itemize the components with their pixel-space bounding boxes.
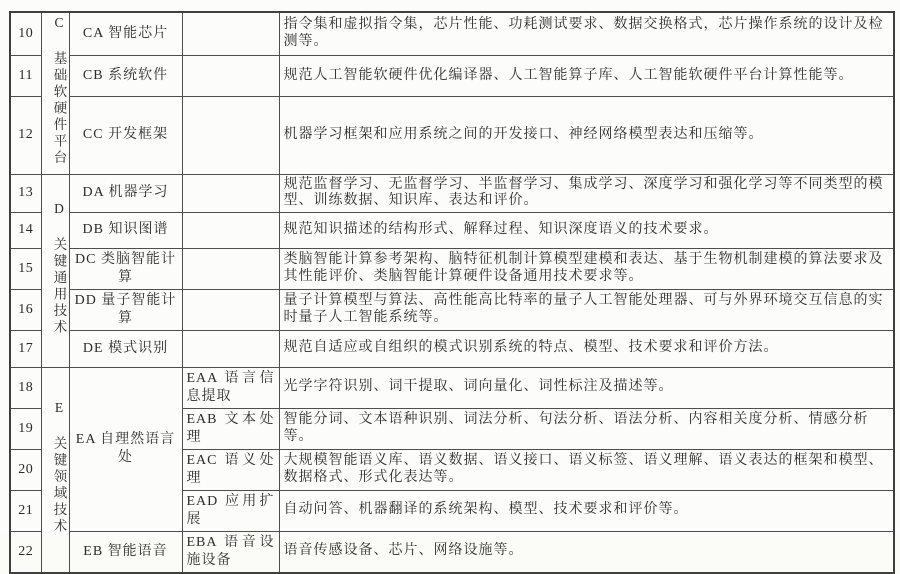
subsubcategory-cell-empty: [182, 289, 279, 330]
row-number: 13: [10, 174, 41, 212]
table-row: 11 CB 系统软件 规范人工智能软硬件优化编译器、人工智能算子库、人工智能软硬…: [10, 55, 894, 96]
classification-table: 10 C 基础软硬件平台 CA 智能芯片 指令集和虚拟指令集，芯片性能、功耗测试…: [9, 11, 895, 532]
table-row: 15 DC 类脑智能计算 类脑智能计算参考架构、脑特征机制计算模型建模和表达、基…: [10, 248, 894, 289]
description-cell: 机器学习框架和应用系统之间的开发接口、神经网络模型表达和压缩等。: [279, 97, 894, 174]
subcategory-cell: CB 系统软件: [69, 55, 182, 96]
description-cell: 规范自适应或自组织的模式识别系统的特点、模型、技术要求和评价方法。: [279, 330, 894, 367]
subsubcategory-cell-empty: [182, 248, 279, 289]
subsubcategory-cell-empty: [182, 97, 279, 174]
category-cell-c: C 基础软硬件平台: [41, 12, 69, 174]
category-label: E 关键领域技术: [46, 400, 70, 533]
row-number: 16: [10, 289, 41, 330]
row-number: 11: [10, 55, 41, 96]
table-row: 16 DD 量子智能计算 量子计算模型与算法、高性能高比特率的量子人工智能处理器…: [10, 289, 894, 330]
description-cell: 指令集和虚拟指令集，芯片性能、功耗测试要求、数据交换格式，芯片操作系统的设计及检…: [279, 12, 894, 55]
description-cell: 自动问答、机器翻译的系统架构、模型、技术要求和评价等。: [279, 490, 894, 531]
scanned-page: 10 C 基础软硬件平台 CA 智能芯片 指令集和虚拟指令集，芯片性能、功耗测试…: [0, 0, 900, 532]
table-row: 10 C 基础软硬件平台 CA 智能芯片 指令集和虚拟指令集，芯片性能、功耗测试…: [10, 12, 894, 55]
subsubcategory-cell-empty: [182, 55, 279, 96]
subsubcategory-cell: EAD 应用扩展: [182, 490, 279, 531]
table-row: 12 CC 开发框架 机器学习框架和应用系统之间的开发接口、神经网络模型表达和压…: [10, 97, 894, 174]
subsubcategory-cell: EAA 语言信息提取: [182, 367, 279, 408]
subsubcategory-cell-empty: [182, 174, 279, 212]
subsubcategory-cell-empty: [182, 212, 279, 248]
description-cell: 智能分词、文本语种识别、词法分析、句法分析、语法分析、内容相关度分析、情感分析等…: [279, 408, 894, 449]
subcategory-cell: DA 机器学习: [69, 174, 182, 212]
row-number: 14: [10, 212, 41, 248]
subcategory-cell: DD 量子智能计算: [69, 289, 182, 330]
category-label: C 基础软硬件平台: [46, 15, 70, 167]
subcategory-cell: DC 类脑智能计算: [69, 248, 182, 289]
category-cell-e: E 关键领域技术: [41, 367, 69, 532]
category-label: D 关键通用技术: [46, 201, 70, 336]
subcategory-cell: DB 知识图谱: [69, 212, 182, 248]
description-cell: 大规模智能语义库、语义数据、语义接口、语义标签、语义理解、语义表达的框架和模型、…: [279, 449, 894, 490]
subcategory-cell: CA 智能芯片: [69, 12, 182, 55]
row-number: 12: [10, 97, 41, 174]
row-number: 17: [10, 330, 41, 367]
category-cell-d: D 关键通用技术: [41, 174, 69, 367]
table-row: 18 E 关键领域技术 EA 自理然语言处 EAA 语言信息提取 光学字符识别、…: [10, 367, 894, 408]
row-number: 18: [10, 367, 41, 408]
subcategory-cell: DE 模式识别: [69, 330, 182, 367]
row-number: 19: [10, 408, 41, 449]
description-cell: 类脑智能计算参考架构、脑特征机制计算模型建模和表达、基于生物机制建模的算法要求及…: [279, 248, 894, 289]
description-cell: 规范人工智能软硬件优化编译器、人工智能算子库、人工智能软硬件平台计算性能等。: [279, 55, 894, 96]
subsubcategory-cell-empty: [182, 12, 279, 55]
table-row: 13 D 关键通用技术 DA 机器学习 规范监督学习、无监督学习、半监督学习、集…: [10, 174, 894, 212]
subsubcategory-cell: EAB 文本处理: [182, 408, 279, 449]
table-row: 14 DB 知识图谱 规范知识描述的结构形式、解释过程、知识深度语义的技术要求。: [10, 212, 894, 248]
row-number: 15: [10, 248, 41, 289]
description-cell: 规范知识描述的结构形式、解释过程、知识深度语义的技术要求。: [279, 212, 894, 248]
subcategory-cell: EA 自理然语言处: [69, 367, 182, 531]
subsubcategory-cell-empty: [182, 330, 279, 367]
description-cell: 光学字符识别、词干提取、词向量化、词性标注及描述等。: [279, 367, 894, 408]
row-number: 10: [10, 12, 41, 55]
row-number: 20: [10, 449, 41, 490]
subsubcategory-cell: EAC 语义处理: [182, 449, 279, 490]
table-row: 17 DE 模式识别 规范自适应或自组织的模式识别系统的特点、模型、技术要求和评…: [10, 330, 894, 367]
description-cell: 规范监督学习、无监督学习、半监督学习、集成学习、深度学习和强化学习等不同类型的模…: [279, 174, 894, 212]
row-number: 21: [10, 490, 41, 531]
description-cell: 量子计算模型与算法、高性能高比特率的量子人工智能处理器、可与外界环境交互信息的实…: [279, 289, 894, 330]
subcategory-cell: CC 开发框架: [69, 97, 182, 174]
